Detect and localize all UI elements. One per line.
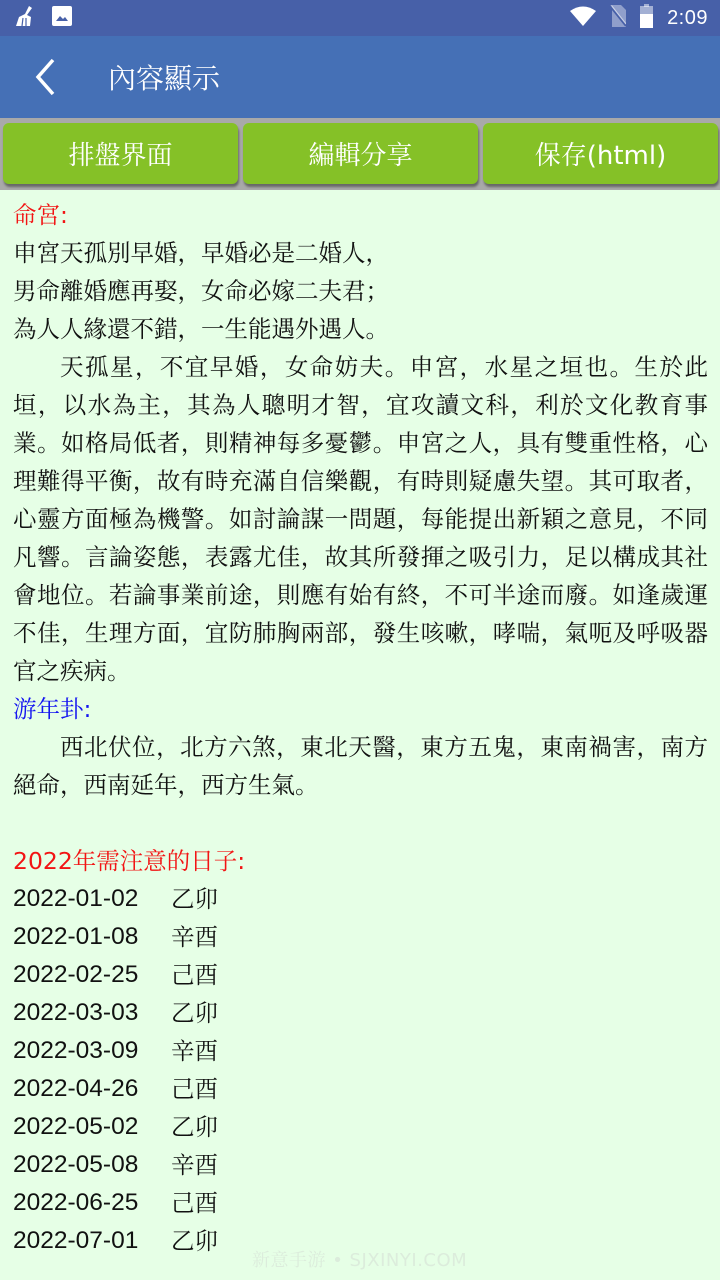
section-heading-you-nian-gua: 游年卦: <box>13 690 708 728</box>
save-html-button[interactable]: 保存(html) <box>483 123 718 184</box>
no-sim-icon <box>610 5 626 31</box>
ganzhi-value: 己酉 <box>171 1070 218 1108</box>
date-value: 2022-05-08 <box>13 1146 171 1184</box>
verse-line: 為人人緣還不錯，一生能遇外遇人。 <box>13 310 708 348</box>
date-row: 2022-01-02乙卯 <box>13 880 708 918</box>
date-value: 2022-02-25 <box>13 956 171 994</box>
wifi-icon <box>570 6 596 30</box>
watermark: 新意手游 • SJXINYI.COM <box>252 1246 467 1272</box>
date-value: 2022-07-01 <box>13 1222 171 1260</box>
date-row: 2022-06-25己酉 <box>13 1184 708 1222</box>
date-row: 2022-01-08辛酉 <box>13 918 708 956</box>
ganzhi-value: 乙卯 <box>171 880 218 918</box>
ming-gong-paragraph: 天孤星，不宜早婚，女命妨夫。申宮，水星之垣也。生於此垣，以水為主，其為人聰明才智… <box>13 348 708 690</box>
cleaner-broom-icon <box>14 5 38 31</box>
date-value: 2022-01-08 <box>13 918 171 956</box>
you-nian-gua-paragraph: 西北伏位，北方六煞，東北天醫，東方五鬼，東南禍害，南方絕命，西南延年，西方生氣。 <box>13 728 708 804</box>
image-icon <box>52 6 72 30</box>
date-value: 2022-01-02 <box>13 880 171 918</box>
page-title: 內容顯示 <box>108 57 220 97</box>
date-row: 2022-03-03乙卯 <box>13 994 708 1032</box>
dates-list: 2022-01-02乙卯 2022-01-08辛酉 2022-02-25己酉 2… <box>13 880 708 1260</box>
ganzhi-value: 辛酉 <box>171 1146 218 1184</box>
action-toolbar: 排盤界面 編輯分享 保存(html) <box>0 118 720 190</box>
status-left-icons <box>14 5 72 31</box>
layout-screen-button[interactable]: 排盤界面 <box>3 123 238 184</box>
verse-line: 申宮天孤別早婚，早婚必是二婚人， <box>13 234 708 272</box>
ganzhi-value: 乙卯 <box>171 1222 218 1260</box>
ganzhi-value: 己酉 <box>171 1184 218 1222</box>
ganzhi-value: 辛酉 <box>171 1032 218 1070</box>
edit-share-button[interactable]: 編輯分享 <box>243 123 478 184</box>
section-heading-ming-gong: 命宮: <box>13 196 708 234</box>
date-row: 2022-05-08辛酉 <box>13 1146 708 1184</box>
ganzhi-value: 乙卯 <box>171 1108 218 1146</box>
ganzhi-value: 乙卯 <box>171 994 218 1032</box>
verse-line: 男命離婚應再娶，女命必嫁二夫君； <box>13 272 708 310</box>
chevron-left-icon <box>33 57 57 97</box>
date-row: 2022-05-02乙卯 <box>13 1108 708 1146</box>
date-row: 2022-02-25己酉 <box>13 956 708 994</box>
spacer <box>13 804 708 842</box>
battery-icon <box>640 4 653 32</box>
content-area[interactable]: 命宮: 申宮天孤別早婚，早婚必是二婚人， 男命離婚應再娶，女命必嫁二夫君； 為人… <box>0 190 720 1280</box>
status-right-icons: 2:09 <box>570 4 708 32</box>
back-button[interactable] <box>0 36 90 118</box>
ganzhi-value: 辛酉 <box>171 918 218 956</box>
date-value: 2022-05-02 <box>13 1108 171 1146</box>
date-value: 2022-06-25 <box>13 1184 171 1222</box>
date-value: 2022-04-26 <box>13 1070 171 1108</box>
status-bar: 2:09 <box>0 0 720 36</box>
clock-time: 2:09 <box>667 7 708 30</box>
date-row: 2022-04-26己酉 <box>13 1070 708 1108</box>
date-value: 2022-03-03 <box>13 994 171 1032</box>
date-value: 2022-03-09 <box>13 1032 171 1070</box>
app-bar: 內容顯示 <box>0 36 720 118</box>
date-row: 2022-03-09辛酉 <box>13 1032 708 1070</box>
ganzhi-value: 己酉 <box>171 956 218 994</box>
section-heading-dates-2022: 2022年需注意的日子: <box>13 842 708 880</box>
